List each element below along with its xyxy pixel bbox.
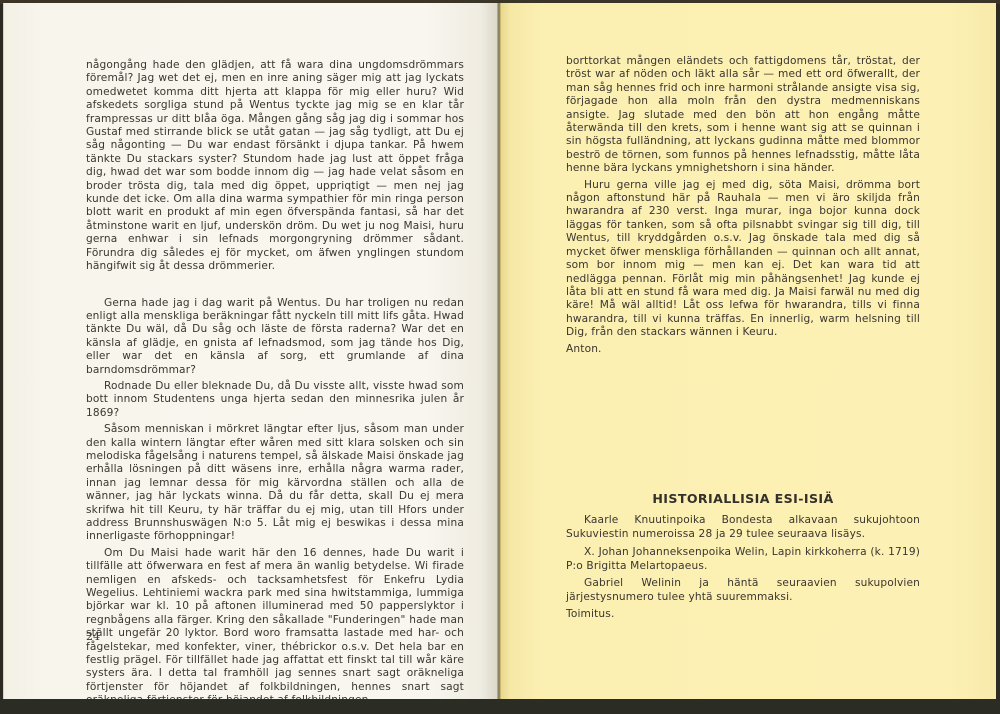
section-signature: Toimitus. bbox=[566, 607, 920, 621]
right-page-body: borttorkat mången eländets och fattigdom… bbox=[566, 55, 920, 356]
paragraph-gap bbox=[86, 277, 464, 297]
paragraph: Gabriel Welinin ja häntä seuraavien suku… bbox=[566, 576, 920, 604]
section-title: HISTORIALLISIA ESI-ISIÄ bbox=[566, 492, 920, 506]
scan-bottom-edge bbox=[0, 699, 1000, 714]
paragraph: Kaarle Knuutinpoika Bondesta alkavaan su… bbox=[566, 513, 920, 541]
left-page-body: någongång hade den glädjen, att få wara … bbox=[86, 59, 464, 711]
paragraph: Gerna hade jag i dag warit på Wentus. Du… bbox=[86, 297, 464, 377]
paragraph: Såsom menniskan i mörkret längtar efter … bbox=[86, 423, 464, 544]
historical-ancestors-section: HISTORIALLISIA ESI-ISIÄ Kaarle Knuutinpo… bbox=[566, 492, 920, 622]
paragraph: borttorkat mången eländets och fattigdom… bbox=[566, 55, 920, 176]
left-page: någongång hade den glädjen, att få wara … bbox=[3, 3, 500, 699]
right-page: borttorkat mången eländets och fattigdom… bbox=[500, 3, 996, 699]
letter-signature: Anton. bbox=[566, 343, 920, 356]
paragraph: Huru gerna ville jag ej med dig, söta Ma… bbox=[566, 179, 920, 340]
paragraph: någongång hade den glädjen, att få wara … bbox=[86, 59, 464, 274]
paragraph: Rodnade Du eller bleknade Du, då Du viss… bbox=[86, 380, 464, 420]
page-number: 24 bbox=[86, 630, 100, 643]
paragraph: X. Johan Johanneksenpoika Welin, Lapin k… bbox=[566, 545, 920, 573]
paragraph: Om Du Maisi hade warit här den 16 dennes… bbox=[86, 547, 464, 708]
